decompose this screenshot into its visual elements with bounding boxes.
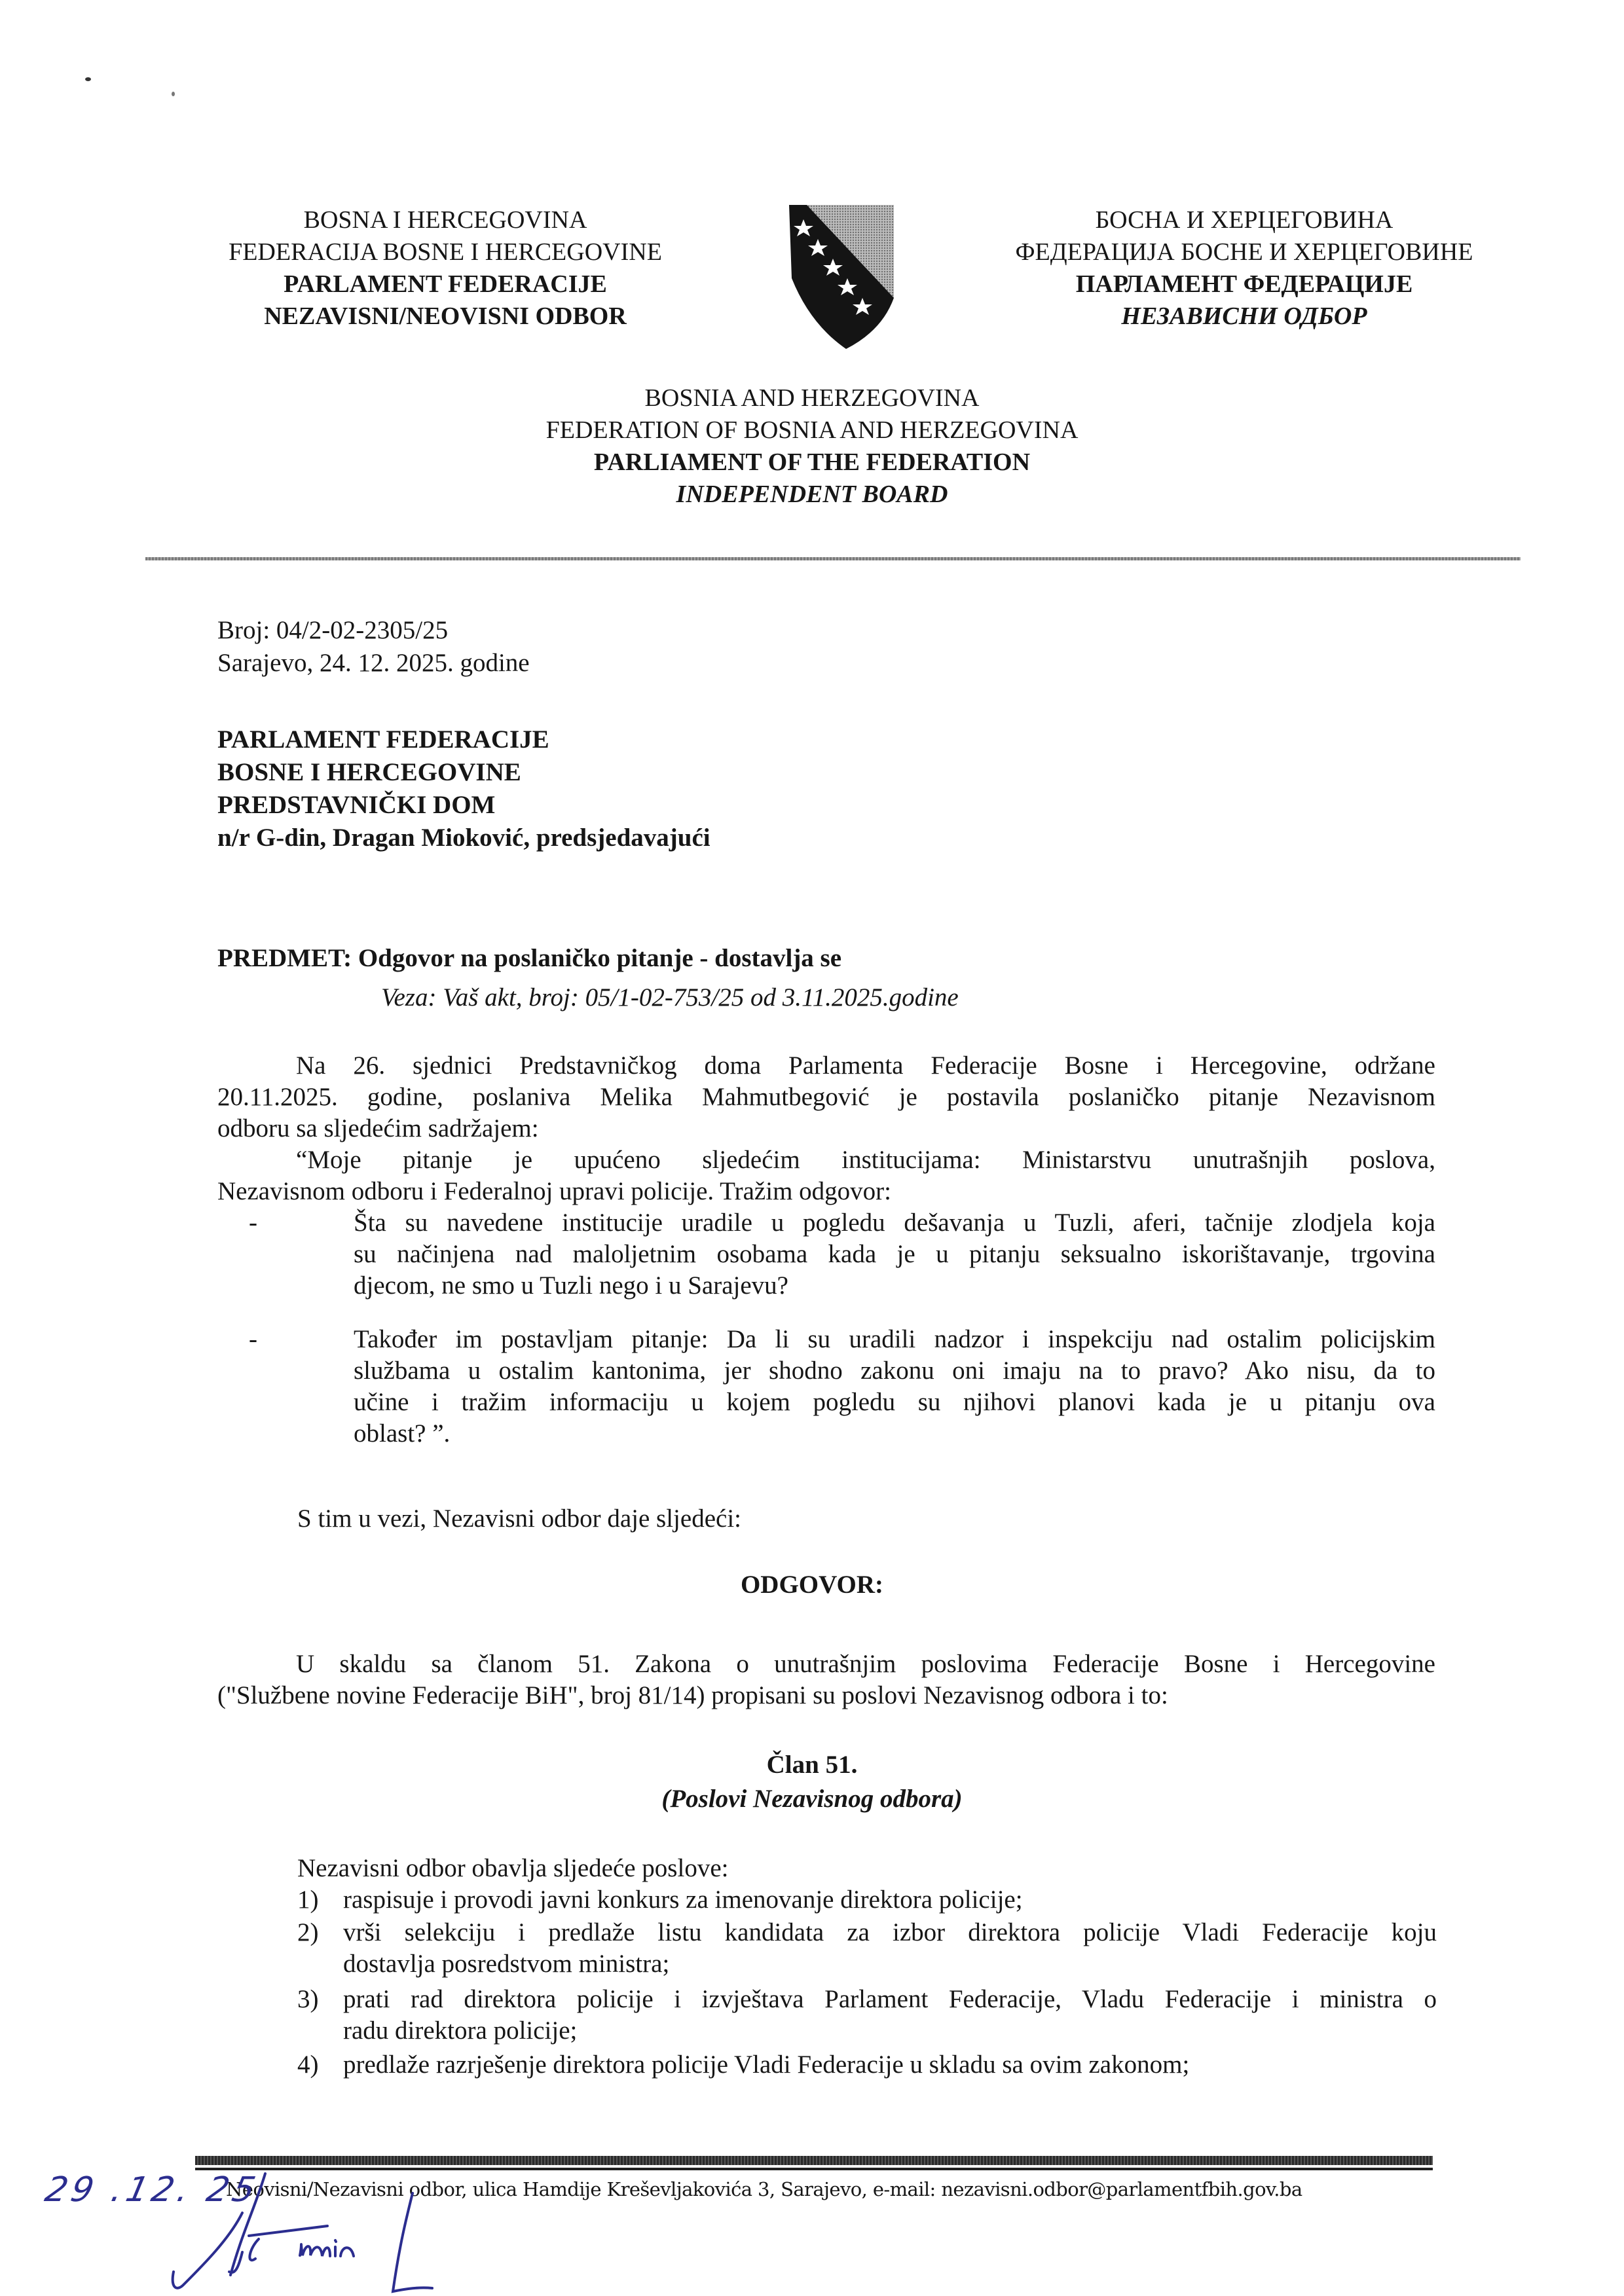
answer-heading: ODGOVOR:: [0, 1569, 1624, 1601]
header-country-en: BOSNIA AND HERZEGOVINA: [485, 382, 1139, 414]
header-latin: BOSNA I HERCEGOVINA FEDERACIJA BOSNE I H…: [164, 204, 727, 333]
duty-number: 2): [297, 1917, 319, 1948]
recipient-line: PARLAMENT FEDERACIJE: [217, 723, 710, 756]
header-parliament-en: PARLIAMENT OF THE FEDERATION: [485, 446, 1139, 479]
scan-speck: [85, 77, 91, 81]
paragraph-line: “Moje pitanje je upućeno sljedećim insti…: [217, 1144, 1435, 1176]
paragraph-line: ("Službene novine Federacije BiH", broj …: [217, 1680, 1435, 1711]
paragraph-line: 20.11.2025. godine, poslaniva Melika Mah…: [217, 1082, 1435, 1113]
bullet-line: učine i tražim informaciju u kojem pogle…: [354, 1387, 1435, 1418]
header-parliament: PARLAMENT FEDERACIJE: [164, 268, 727, 301]
transition-text: S tim u vezi, Nezavisni odbor daje sljed…: [297, 1503, 741, 1535]
bullet-line: djecom, ne smo u Tuzli nego i u Sarajevu…: [354, 1270, 1435, 1302]
header-parliament-cyr: ПАРЛАМЕНТ ФЕДЕРАЦИЈЕ: [963, 268, 1526, 301]
bullet-line: službama u ostalim kantonima, jer shodno…: [354, 1355, 1435, 1387]
duty-line: raspisuje i provodi javni konkurs za ime…: [343, 1884, 1437, 1916]
paragraph-line: U skaldu sa članom 51. Zakona o unutrašn…: [217, 1649, 1435, 1680]
article-title: Član 51.: [0, 1749, 1624, 1781]
header-english: BOSNIA AND HERZEGOVINA FEDERATION OF BOS…: [485, 382, 1139, 511]
header-entity-en: FEDERATION OF BOSNIA AND HERZEGOVINA: [485, 414, 1139, 446]
reference-number: Broj: 04/2-02-2305/25: [217, 614, 530, 647]
subject-text: Odgovor na poslaničko pitanje - dostavlj…: [358, 944, 841, 972]
header-entity: FEDERACIJA BOSNE I HERCEGOVINE: [164, 236, 727, 268]
header-divider: [145, 557, 1521, 560]
recipient-line: PREDSTAVNIČKI DOM: [217, 789, 710, 822]
bullet-line: su načinjena nad maloljetnim osobama kad…: [354, 1239, 1435, 1270]
bullet-line: oblast? ”.: [354, 1418, 1435, 1449]
paragraph-line: odboru sa sljedećim sadržajem:: [217, 1113, 1435, 1144]
subject-label: PREDMET:: [217, 944, 352, 972]
coat-of-arms-icon: [784, 200, 898, 350]
duty-line: dostavlja posredstvom ministra;: [343, 1948, 1437, 1980]
scan-speck: [172, 92, 175, 96]
recipient-block: PARLAMENT FEDERACIJE BOSNE I HERCEGOVINE…: [217, 723, 710, 854]
paragraph-line: Na 26. sjednici Predstavničkog doma Parl…: [217, 1050, 1435, 1082]
duty-line: predlaže razrješenje direktora policije …: [343, 2049, 1437, 2081]
duty-line: vrši selekciju i predlaže listu kandidat…: [343, 1917, 1437, 1948]
recipient-attention: n/r G-din, Dragan Mioković, predsjedavaj…: [217, 822, 710, 854]
article-subtitle: (Poslovi Nezavisnog odbora): [0, 1783, 1624, 1815]
header-entity-cyr: ФЕДЕРАЦИЈА БОСНЕ И ХЕРЦЕГОВИНЕ: [963, 236, 1526, 268]
duty-number: 1): [297, 1884, 319, 1916]
signature-icon: [131, 2160, 471, 2296]
bullet-line: Šta su navedene institucije uradile u po…: [354, 1207, 1435, 1239]
header-board-cyr: НЕЗАВИСНИ ОДБОР: [963, 301, 1526, 333]
recipient-line: BOSNE I HERCEGOVINE: [217, 756, 710, 789]
header-cyrillic: БОСНА И ХЕРЦЕГОВИНА ФЕДЕРАЦИЈА БОСНЕ И Х…: [963, 204, 1526, 333]
header-country: BOSNA I HERCEGOVINA: [164, 204, 727, 236]
duty-number: 4): [297, 2049, 319, 2081]
reference-date: Sarajevo, 24. 12. 2025. godine: [217, 647, 530, 680]
duties-intro: Nezavisni odbor obavlja sljedeće poslove…: [297, 1853, 728, 1884]
duty-line: prati rad direktora policije i izvještav…: [343, 1984, 1437, 2015]
bullet-marker: -: [249, 1207, 275, 1239]
header-board-en: INDEPENDENT BOARD: [485, 479, 1139, 511]
duty-number: 3): [297, 1984, 319, 2015]
header-board: NEZAVISNI/NEOVISNI ODBOR: [164, 301, 727, 333]
bullet-marker: -: [249, 1324, 275, 1355]
paragraph-line: Nezavisnom odboru i Federalnoj upravi po…: [217, 1176, 1435, 1207]
intro-paragraph: Na 26. sjednici Predstavničkog doma Parl…: [217, 1050, 1435, 1207]
reference-block: Broj: 04/2-02-2305/25 Sarajevo, 24. 12. …: [217, 614, 530, 680]
subject-line: PREDMET: Odgovor na poslaničko pitanje -…: [217, 943, 841, 974]
duty-line: radu direktora policije;: [343, 2015, 1437, 2047]
answer-paragraph: U skaldu sa članom 51. Zakona o unutrašn…: [217, 1649, 1435, 1711]
bullet-line: Također im postavljam pitanje: Da li su …: [354, 1324, 1435, 1355]
header-country-cyr: БОСНА И ХЕРЦЕГОВИНА: [963, 204, 1526, 236]
subject-reference: Veza: Vaš akt, broj: 05/1-02-753/25 od 3…: [381, 982, 959, 1013]
